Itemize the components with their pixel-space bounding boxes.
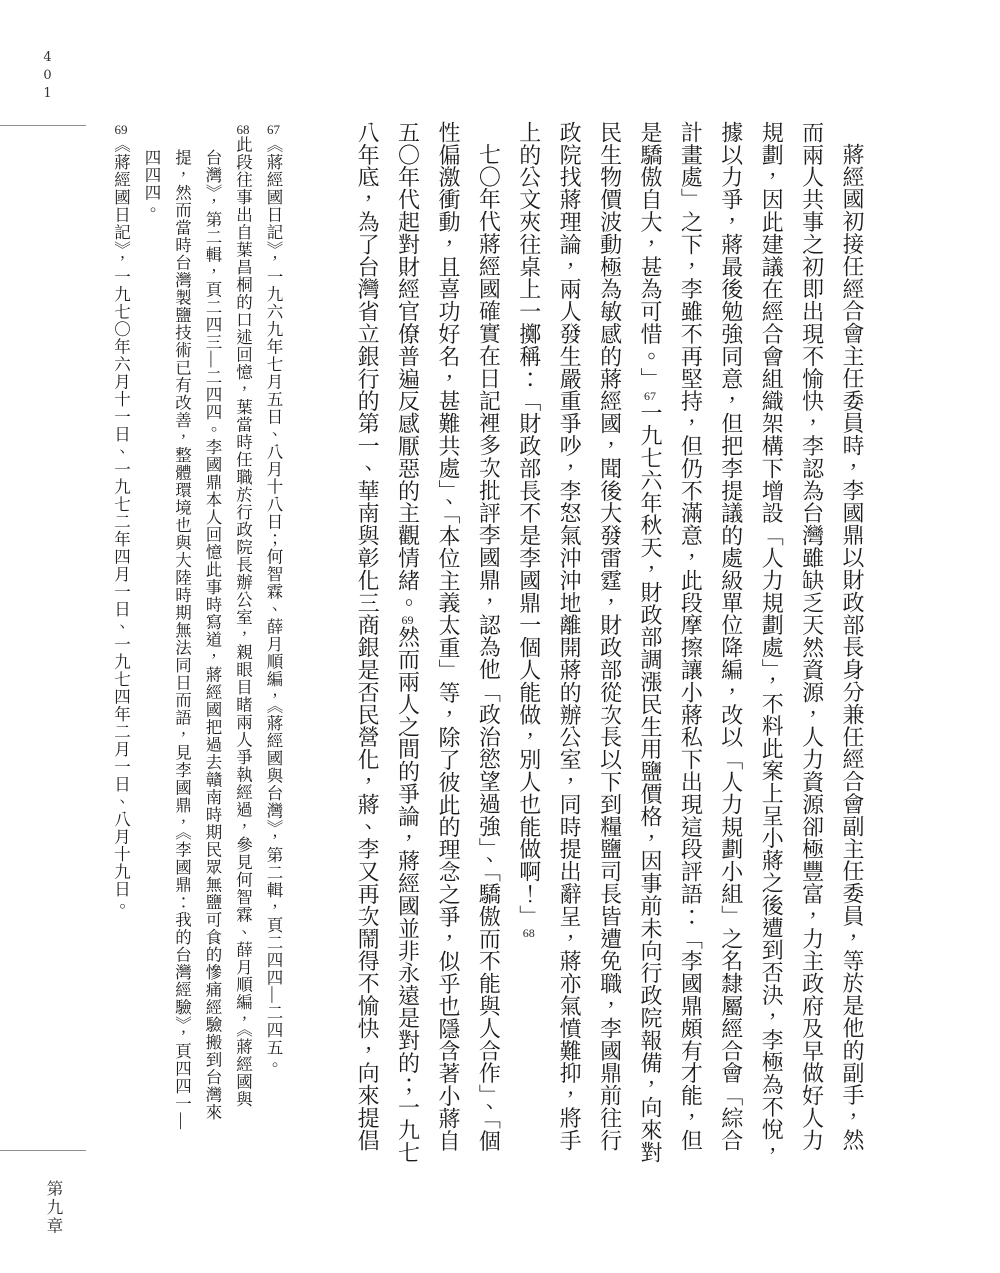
text-column: 七〇年代蔣經國確實在日記裡多次批評李國鼎，認為他「政治慾望過強」、「驕傲而不能與… bbox=[468, 121, 508, 1171]
text-column: 上的公文夾往桌上一擲稱：「財政部長不是李國鼎一個人能做，別人也能做啊！」68 bbox=[508, 121, 548, 1171]
text-column: 規劃，因此建議在經合會組織架構下增設「人力規劃處」，不料此案上呈小蔣之後遭到否決… bbox=[751, 121, 791, 1171]
column-text: 政院找蔣理論，兩人發生嚴重爭吵，李怒氣沖沖地離開蔣的辦公室，同時提出辭呈，蔣亦氣… bbox=[557, 121, 582, 1151]
main-text-block: 蔣經國初接任經合會主任委員時，李國鼎以財政部長身分兼任經合會副主任委員，等於是他… bbox=[347, 121, 872, 1171]
column-text: 然而兩人之間的爭論，蔣經國並非永遠是對的；一九七 bbox=[396, 626, 421, 1164]
footnote-number: 68 bbox=[236, 123, 251, 136]
footnote-68: 68此段往事出自葉昌桐的口述回憶，葉當時任職於行政院長辦公室，親眼目睹兩人爭執經… bbox=[136, 123, 258, 1173]
footnote-marker-67: 67 bbox=[643, 390, 657, 402]
text-column: 計畫處」之下，李雖不再堅持，但仍不滿意，此段摩擦讓小蔣私下出現這段評語：「李國鼎… bbox=[670, 121, 710, 1171]
footnote-text: 此段往事出自葉昌桐的口述回憶，葉當時任職於行政院長辦公室，親眼目睹兩人爭執經過，… bbox=[234, 136, 253, 1108]
footnote-text: 《蔣經國日記》，一九六九年七月五日、八月十八日；何智霖、薛月順編，《蔣經國與台灣… bbox=[264, 136, 283, 1074]
footnote-text: 提，然而當時台灣製鹽技術已有改善，整體環境也與大陸時期無法同日而語，見李國鼎，《… bbox=[173, 149, 192, 1130]
column-text: 五〇年代起對財經官僚普遍反感厭惡的主觀情緒。 bbox=[396, 121, 421, 614]
footnote-number: 67 bbox=[266, 123, 281, 136]
text-column: 五〇年代起對財經官僚普遍反感厭惡的主觀情緒。69然而兩人之間的爭論，蔣經國並非永… bbox=[387, 121, 427, 1171]
text-column: 民生物價波動極為敏感的蔣經國，聞後大發雷霆，財政部從次長以下到糧鹽司長皆遭免職，… bbox=[589, 121, 629, 1171]
footnote-69: 69《蔣經國日記》，一九七〇年六月十一日、一九七二年四月一日、一九七四年二月一日… bbox=[105, 123, 136, 1173]
chapter-marker: 第九章 bbox=[41, 1180, 65, 1236]
column-text: 一九七六年秋天，財政部調漲民生用鹽價格，因事前未向行政院報備，向來對 bbox=[638, 402, 663, 1164]
footnote-column: 台灣》，第二輯，頁二四三—二四四。李國鼎本人回憶此事時寫道，蔣經國把過去贛南時期… bbox=[197, 123, 228, 1173]
column-text: 民生物價波動極為敏感的蔣經國，聞後大發雷霆，財政部從次長以下到糧鹽司長皆遭免職，… bbox=[598, 121, 623, 1151]
footnote-number: 69 bbox=[114, 123, 129, 136]
text-column: 八年底，為了台灣省立銀行的第一、華南與彰化三商銀是否民營化，蔣、李又再次鬧得不愉… bbox=[347, 121, 387, 1171]
column-text: 計畫處」之下，李雖不再堅持，但仍不滿意，此段摩擦讓小蔣私下出現這段評語：「李國鼎… bbox=[678, 121, 703, 1151]
footnote-column: 四四四。 bbox=[136, 123, 167, 1173]
footnote-column: 68此段往事出自葉昌桐的口述回憶，葉當時任職於行政院長辦公室，親眼目睹兩人爭執經… bbox=[227, 123, 258, 1173]
text-column: 而兩人共事之初即出現不愉快，李認為台灣雖缺乏天然資源，人力資源卻極豐富，力主政府… bbox=[791, 121, 831, 1171]
column-text: 而兩人共事之初即出現不愉快，李認為台灣雖缺乏天然資源，人力資源卻極豐富，力主政府… bbox=[800, 121, 825, 1151]
column-text: 是驕傲自大，甚為可惜。」 bbox=[638, 121, 663, 390]
footnote-marker-69: 69 bbox=[401, 614, 415, 626]
text-column: 據以力爭，蔣最後勉強同意，但把李提議的處級單位降編，改以「人力規劃小組」之名隸屬… bbox=[710, 121, 750, 1171]
footnote-text: 四四四。 bbox=[142, 149, 161, 219]
footnote-text: 《蔣經國日記》，一九七〇年六月十一日、一九七二年四月一日、一九七四年二月一日、八… bbox=[112, 136, 131, 915]
text-column: 是驕傲自大，甚為可惜。」67一九七六年秋天，財政部調漲民生用鹽價格，因事前未向行… bbox=[630, 121, 670, 1171]
column-text: 性偏激衝動，且喜功好名，甚難共處」、「本位主義太重」等，除了彼此的理念之爭，似乎… bbox=[436, 121, 461, 1152]
footnote-marker-68: 68 bbox=[522, 927, 536, 939]
text-column: 政院找蔣理論，兩人發生嚴重爭吵，李怒氣沖沖地離開蔣的辦公室，同時提出辭呈，蔣亦氣… bbox=[549, 121, 589, 1171]
footnote-text: 台灣》，第二輯，頁二四三—二四四。李國鼎本人回憶此事時寫道，蔣經國把過去贛南時期… bbox=[203, 149, 222, 1121]
footnote-67: 67《蔣經國日記》，一九六九年七月五日、八月十八日；何智霖、薛月順編，《蔣經國與… bbox=[258, 123, 289, 1173]
text-column: 性偏激衝動，且喜功好名，甚難共處」、「本位主義太重」等，除了彼此的理念之爭，似乎… bbox=[428, 121, 468, 1171]
text-column: 蔣經國初接任經合會主任委員時，李國鼎以財政部長身分兼任經合會副主任委員，等於是他… bbox=[832, 121, 872, 1171]
column-text: 上的公文夾往桌上一擲稱：「財政部長不是李國鼎一個人能做，別人也能做啊！」 bbox=[517, 121, 542, 927]
footnotes-block: 67《蔣經國日記》，一九六九年七月五日、八月十八日；何智霖、薛月順編，《蔣經國與… bbox=[105, 123, 288, 1173]
margin-rule-bottom bbox=[0, 1150, 86, 1151]
page-number: 401 bbox=[40, 50, 55, 104]
book-page: 401 第九章 蔣經國初接任經合會主任委員時，李國鼎以財政部長身分兼任經合會副主… bbox=[0, 0, 1000, 1273]
footnote-column: 提，然而當時台灣製鹽技術已有改善，整體環境也與大陸時期無法同日而語，見李國鼎，《… bbox=[166, 123, 197, 1173]
column-text: 八年底，為了台灣省立銀行的第一、華南與彰化三商銀是否民營化，蔣、李又再次鬧得不愉… bbox=[355, 121, 380, 1151]
column-text: 七〇年代蔣經國確實在日記裡多次批評李國鼎，認為他「政治慾望過強」、「驕傲而不能與… bbox=[476, 143, 501, 1152]
margin-rule-top bbox=[0, 125, 86, 126]
column-text: 規劃，因此建議在經合會組織架構下增設「人力規劃處」，不料此案上呈小蔣之後遭到否決… bbox=[759, 121, 784, 1163]
column-text: 蔣經國初接任經合會主任委員時，李國鼎以財政部長身分兼任經合會副主任委員，等於是他… bbox=[840, 143, 865, 1151]
footnote-column: 67《蔣經國日記》，一九六九年七月五日、八月十八日；何智霖、薛月順編，《蔣經國與… bbox=[258, 123, 289, 1173]
column-text: 據以力爭，蔣最後勉強同意，但把李提議的處級單位降編，改以「人力規劃小組」之名隸屬… bbox=[719, 121, 744, 1151]
footnote-column: 69《蔣經國日記》，一九七〇年六月十一日、一九七二年四月一日、一九七四年二月一日… bbox=[105, 123, 136, 1173]
